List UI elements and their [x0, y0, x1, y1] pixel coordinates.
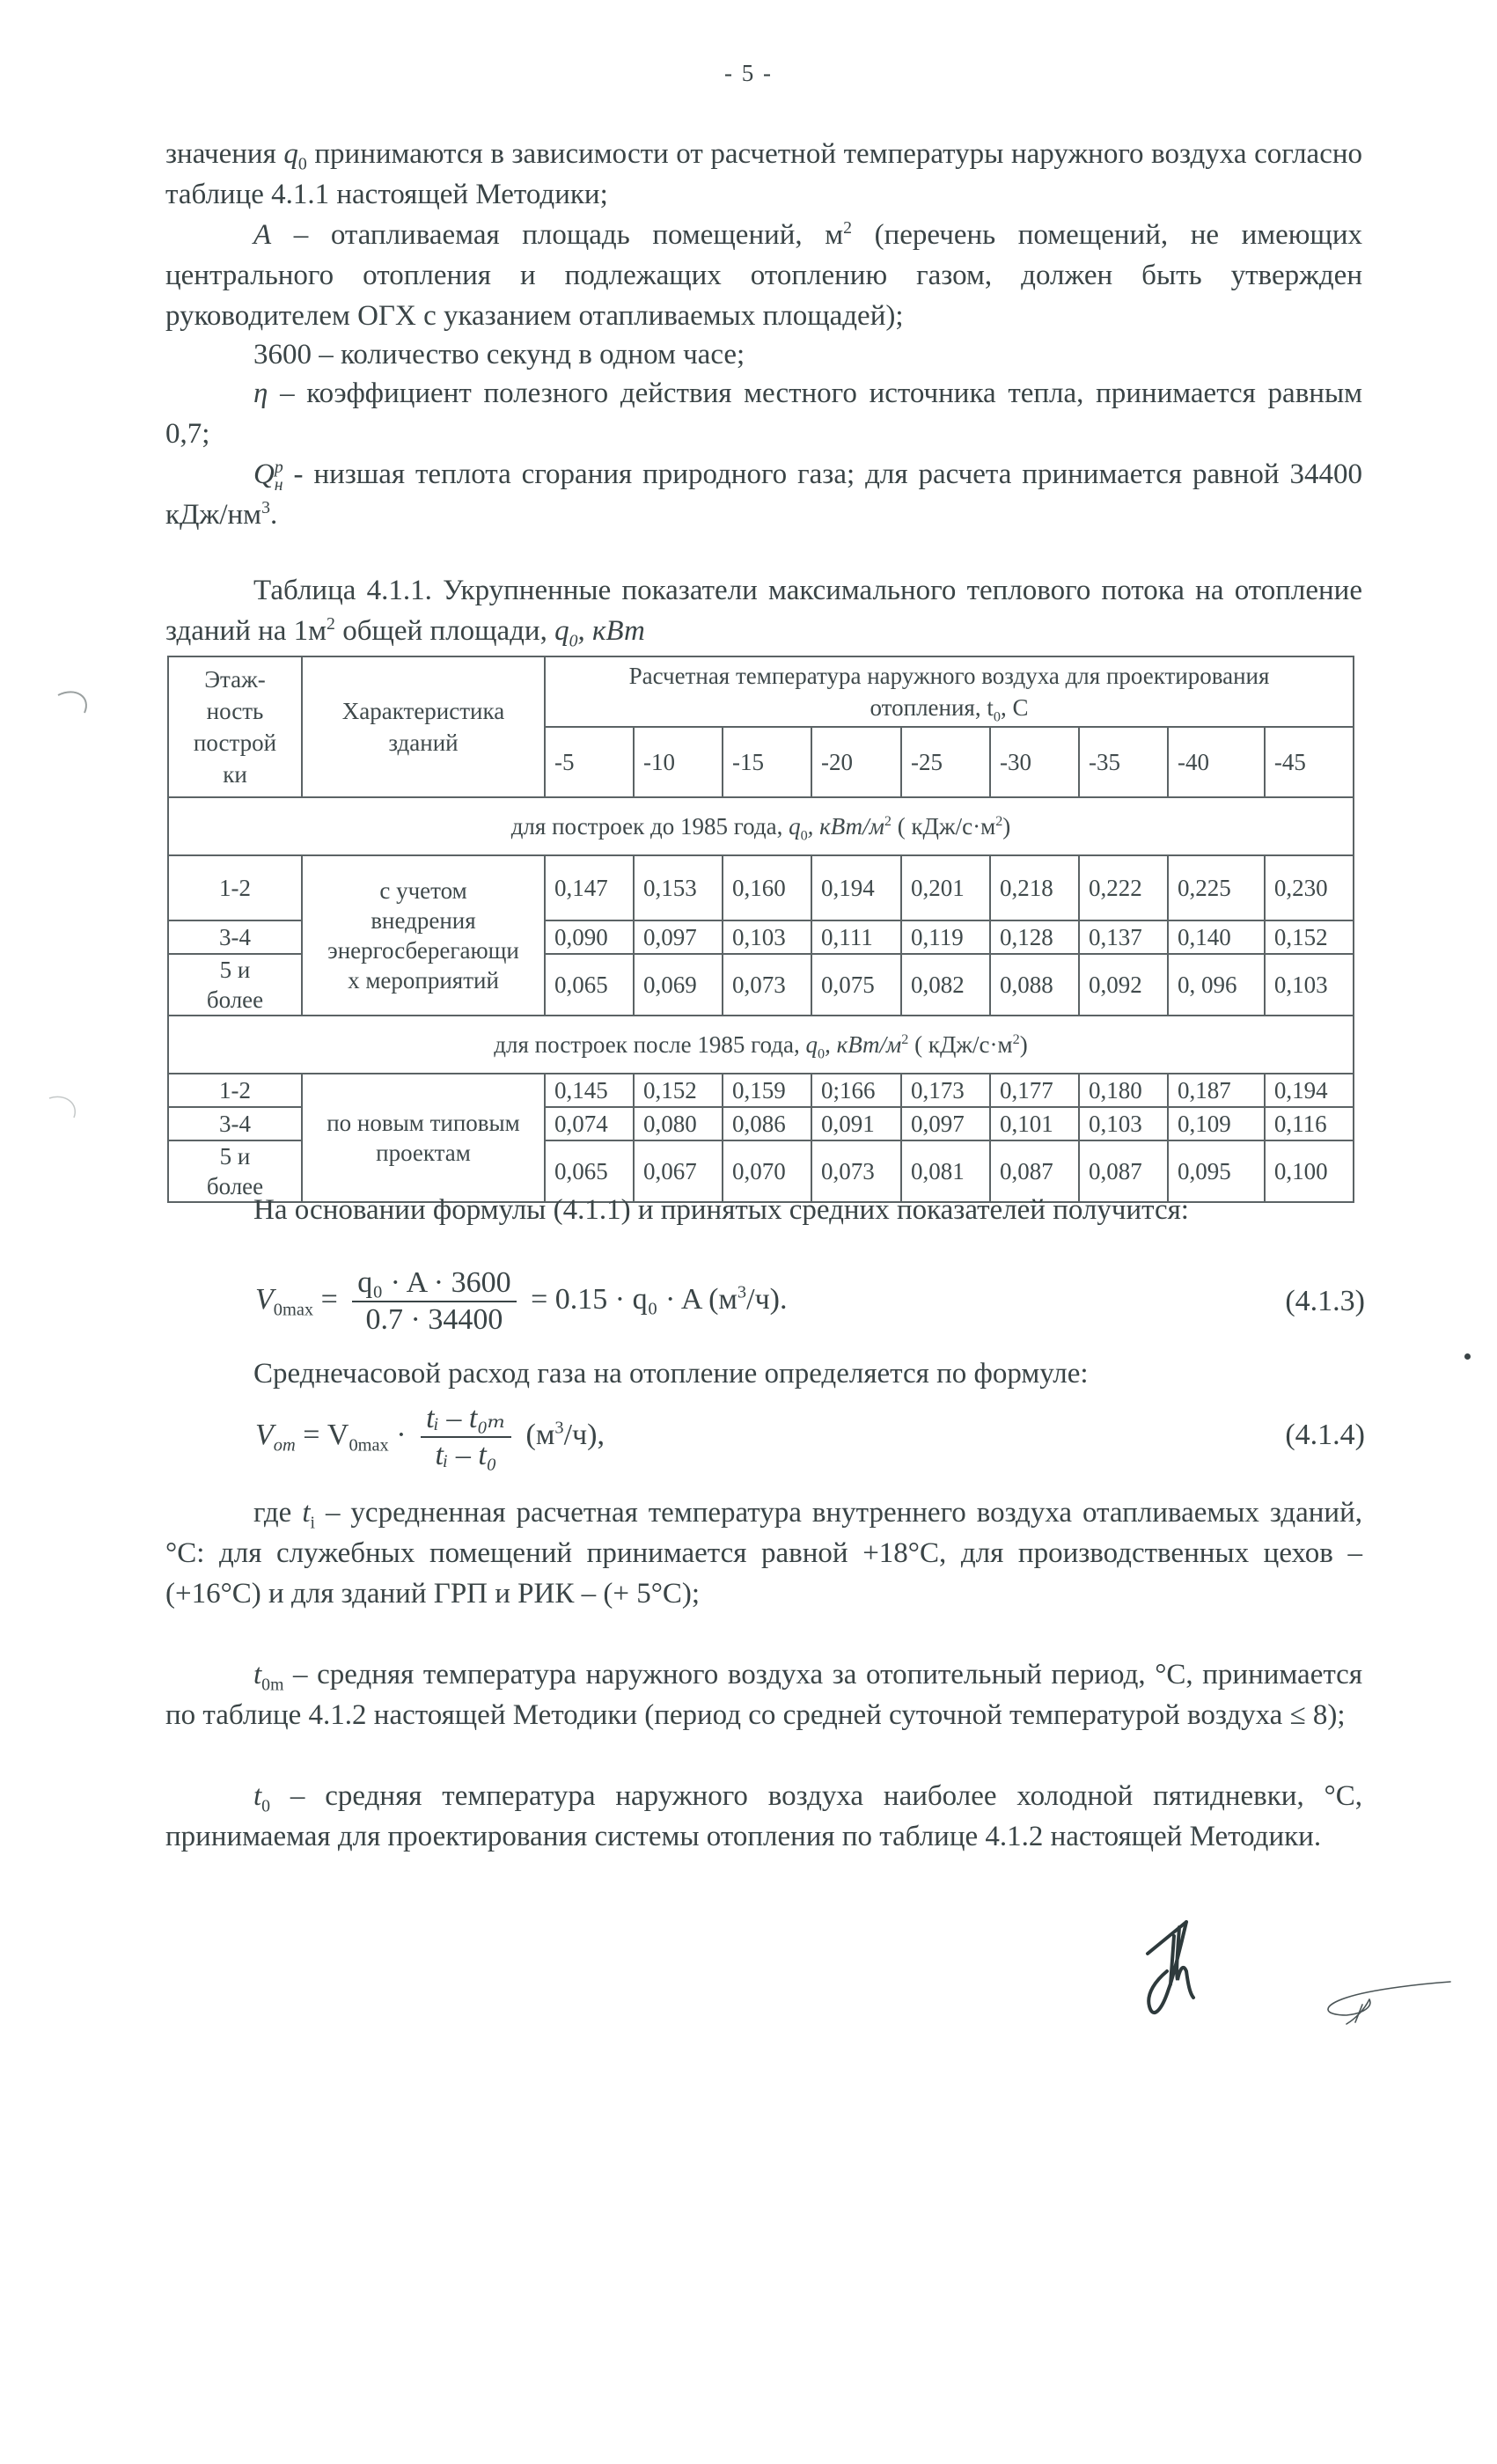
- text: значения: [165, 138, 276, 170]
- numerator: tᵢ – t₀ₘ: [421, 1401, 511, 1438]
- paragraph-area: A – отапливаемая площадь помещений, м2 (…: [165, 215, 1362, 336]
- text: – коэффициент полезного действия местног…: [165, 378, 1362, 450]
- page-number: - 5 -: [0, 60, 1497, 87]
- value-cell: 0,092: [1079, 954, 1168, 1016]
- fraction: q₀ · A · 3600 0.7 · 34400: [352, 1265, 516, 1338]
- table-row: 1-2по новым типовымпроектам0,1450,1520,1…: [168, 1074, 1354, 1107]
- value-cell: 0,153: [634, 855, 723, 920]
- value-cell: 0,091: [811, 1107, 901, 1140]
- value-cell: 0,103: [1265, 954, 1354, 1016]
- text: .: [270, 499, 277, 531]
- value-cell: 0,097: [634, 920, 723, 954]
- paragraph-q0: значения q0 принимаются в зависимости от…: [165, 134, 1362, 215]
- header-temperature: -30: [990, 727, 1079, 797]
- value-cell: 0,109: [1168, 1107, 1265, 1140]
- value-cell: 0,128: [990, 920, 1079, 954]
- var-q: q: [283, 138, 298, 170]
- sup: 3: [554, 1418, 563, 1437]
- sub: 0: [298, 155, 307, 174]
- scan-dot: [1464, 1353, 1471, 1360]
- floors-cell: 5 иболее: [168, 954, 302, 1016]
- header-temperature-group: Расчетная температура наружного воздуха …: [545, 656, 1354, 727]
- dot: ·: [389, 1419, 414, 1451]
- value-cell: 0,152: [1265, 920, 1354, 954]
- text: – средняя температура наружного воздуха …: [165, 1780, 1362, 1852]
- sub: 0: [569, 632, 578, 651]
- denominator: 0.7 · 34400: [352, 1302, 516, 1338]
- var-Q: Q: [253, 458, 275, 490]
- header-row: Этаж-ностьпостройкиХарактеристиказданийР…: [168, 656, 1354, 727]
- text: – средняя температура наружного воздуха …: [165, 1659, 1362, 1731]
- signature-1-icon: [1144, 1918, 1214, 2033]
- header-temperature: -20: [811, 727, 901, 797]
- value-cell: 0,194: [1265, 1074, 1354, 1107]
- header-temperature: -5: [545, 727, 634, 797]
- paragraph-Q: Qрн - низшая теплота сгорания природного…: [165, 454, 1362, 535]
- var-q: q: [554, 615, 569, 647]
- paragraph-3600: 3600 – количество секунд в одном часе;: [165, 334, 1362, 375]
- punch-hole-mark-icon: [53, 686, 97, 722]
- value-cell: 0,097: [901, 1107, 990, 1140]
- var-t: t: [253, 1659, 261, 1690]
- header-temperature: -45: [1265, 727, 1354, 797]
- sup: 2: [327, 614, 335, 634]
- characteristic-cell: по новым типовымпроектам: [302, 1074, 545, 1202]
- value-cell: 0,160: [723, 855, 811, 920]
- value-cell: 0,082: [901, 954, 990, 1016]
- group-title-row: для построек после 1985 года, q0, кВт/м2…: [168, 1016, 1354, 1074]
- paragraph-basis: На основании формулы (4.1.1) и принятых …: [165, 1190, 1362, 1230]
- text: – отапливаемая площадь помещений, м: [271, 219, 843, 251]
- value-cell: 0,173: [901, 1074, 990, 1107]
- value-cell: 0,225: [1168, 855, 1265, 920]
- paragraph-t0m: t0m – средняя температура наружного возд…: [165, 1654, 1362, 1735]
- value-cell: 0,073: [723, 954, 811, 1016]
- value-cell: 0,187: [1168, 1074, 1265, 1107]
- unit: , кВт: [577, 615, 644, 647]
- value-cell: 0,152: [634, 1074, 723, 1107]
- value-cell: 0,177: [990, 1074, 1079, 1107]
- sup: 3: [737, 1282, 746, 1302]
- header-temperature: -40: [1168, 727, 1265, 797]
- value-cell: 0,065: [545, 954, 634, 1016]
- sub: 0max: [274, 1301, 313, 1320]
- denominator: tᵢ – t₀: [421, 1438, 511, 1473]
- group-title-row: для построек до 1985 года, q0, кВт/м2 ( …: [168, 797, 1354, 855]
- text: – усредненная расчетная температура внут…: [165, 1497, 1362, 1610]
- value-cell: 0,080: [634, 1107, 723, 1140]
- value-cell: 0,159: [723, 1074, 811, 1107]
- paragraph-ti: где ti – усредненная расчетная температу…: [165, 1492, 1362, 1614]
- equals-V: = V: [303, 1419, 349, 1451]
- sub: 0m: [261, 1676, 283, 1695]
- equation-number: (4.1.4): [1285, 1419, 1365, 1452]
- sub: 0: [261, 1797, 270, 1816]
- sup: 3: [261, 498, 270, 517]
- value-cell: 0, 096: [1168, 954, 1265, 1016]
- characteristic-cell: с учетомвнедренияэнергосберегающих мероп…: [302, 855, 545, 1016]
- paragraph-t0: t0 – средняя температура наружного возду…: [165, 1776, 1362, 1857]
- text: принимаются в зависимости от расчетной т…: [165, 138, 1362, 210]
- sub: н: [275, 475, 283, 495]
- floors-cell: 1-2: [168, 855, 302, 920]
- text: где: [253, 1497, 302, 1529]
- value-cell: 0,180: [1079, 1074, 1168, 1107]
- formula-4-1-3: V0max = q₀ · A · 3600 0.7 · 34400 = 0.15…: [255, 1265, 788, 1338]
- header-characteristic: Характеристиказданий: [302, 656, 545, 797]
- value-cell: 0,230: [1265, 855, 1354, 920]
- var-t: t: [253, 1780, 261, 1812]
- paragraph-eta: η – коэффициент полезного действия местн…: [165, 373, 1362, 454]
- var-V: V: [255, 1419, 274, 1451]
- value-cell: 0,145: [545, 1074, 634, 1107]
- unit: (м: [701, 1283, 737, 1316]
- value-cell: 0,222: [1079, 855, 1168, 920]
- value-cell: 0,103: [1079, 1107, 1168, 1140]
- value-cell: 0,075: [811, 954, 901, 1016]
- numerator: q₀ · A · 3600: [352, 1265, 516, 1302]
- punch-hole-mark-icon: [44, 1091, 88, 1126]
- text: общей площади,: [335, 615, 554, 647]
- unit: /ч),: [564, 1419, 605, 1451]
- value-cell: 0,140: [1168, 920, 1265, 954]
- text: - низшая теплота сгорания природного газ…: [165, 458, 1362, 531]
- formula-4-1-4: Vот = V0max · tᵢ – t₀ₘ tᵢ – t₀ (м3/ч),: [255, 1401, 605, 1473]
- floors-cell: 3-4: [168, 1107, 302, 1140]
- var-V: V: [255, 1283, 274, 1316]
- value-cell: 0;166: [811, 1074, 901, 1107]
- rhs: = 0.15 · q₀ · A: [531, 1283, 701, 1316]
- sub: 0max: [349, 1436, 388, 1456]
- heat-flow-table: Этаж-ностьпостройкиХарактеристиказданийР…: [167, 656, 1354, 1203]
- group-title: для построек после 1985 года, q0, кВт/м2…: [168, 1016, 1354, 1074]
- value-cell: 0,201: [901, 855, 990, 920]
- value-cell: 0,088: [990, 954, 1079, 1016]
- header-floors: Этаж-ностьпостройки: [168, 656, 302, 797]
- unit: /ч).: [746, 1283, 787, 1316]
- value-cell: 0,218: [990, 855, 1079, 920]
- value-cell: 0,086: [723, 1107, 811, 1140]
- header-temperature: -10: [634, 727, 723, 797]
- value-cell: 0,069: [634, 954, 723, 1016]
- paragraph-avg-hourly: Среднечасовой расход газа на отопление о…: [165, 1353, 1362, 1394]
- var-A: A: [253, 219, 271, 251]
- value-cell: 0,103: [723, 920, 811, 954]
- sup: 2: [843, 218, 852, 238]
- value-cell: 0,116: [1265, 1107, 1354, 1140]
- group-title: для построек до 1985 года, q0, кВт/м2 ( …: [168, 797, 1354, 855]
- value-cell: 0,101: [990, 1107, 1079, 1140]
- fraction: tᵢ – t₀ₘ tᵢ – t₀: [421, 1401, 511, 1473]
- unit: (м: [526, 1419, 555, 1451]
- equation-number: (4.1.3): [1285, 1285, 1365, 1318]
- floors-cell: 3-4: [168, 920, 302, 954]
- value-cell: 0,090: [545, 920, 634, 954]
- value-cell: 0,147: [545, 855, 634, 920]
- value-cell: 0,137: [1079, 920, 1168, 954]
- value-cell: 0,194: [811, 855, 901, 920]
- var-eta: η: [253, 378, 268, 409]
- value-cell: 0,111: [811, 920, 901, 954]
- sub: от: [274, 1436, 296, 1456]
- header-temperature: -25: [901, 727, 990, 797]
- signature-2-icon: [1320, 1980, 1452, 2033]
- value-cell: 0,074: [545, 1107, 634, 1140]
- sup: р: [275, 458, 283, 477]
- table-caption: Таблица 4.1.1. Укрупненные показатели ма…: [165, 570, 1362, 651]
- floors-cell: 1-2: [168, 1074, 302, 1107]
- value-cell: 0,119: [901, 920, 990, 954]
- header-temperature: -35: [1079, 727, 1168, 797]
- equals: =: [321, 1283, 338, 1316]
- table-row: 1-2с учетомвнедренияэнергосберегающих ме…: [168, 855, 1354, 920]
- header-temperature: -15: [723, 727, 811, 797]
